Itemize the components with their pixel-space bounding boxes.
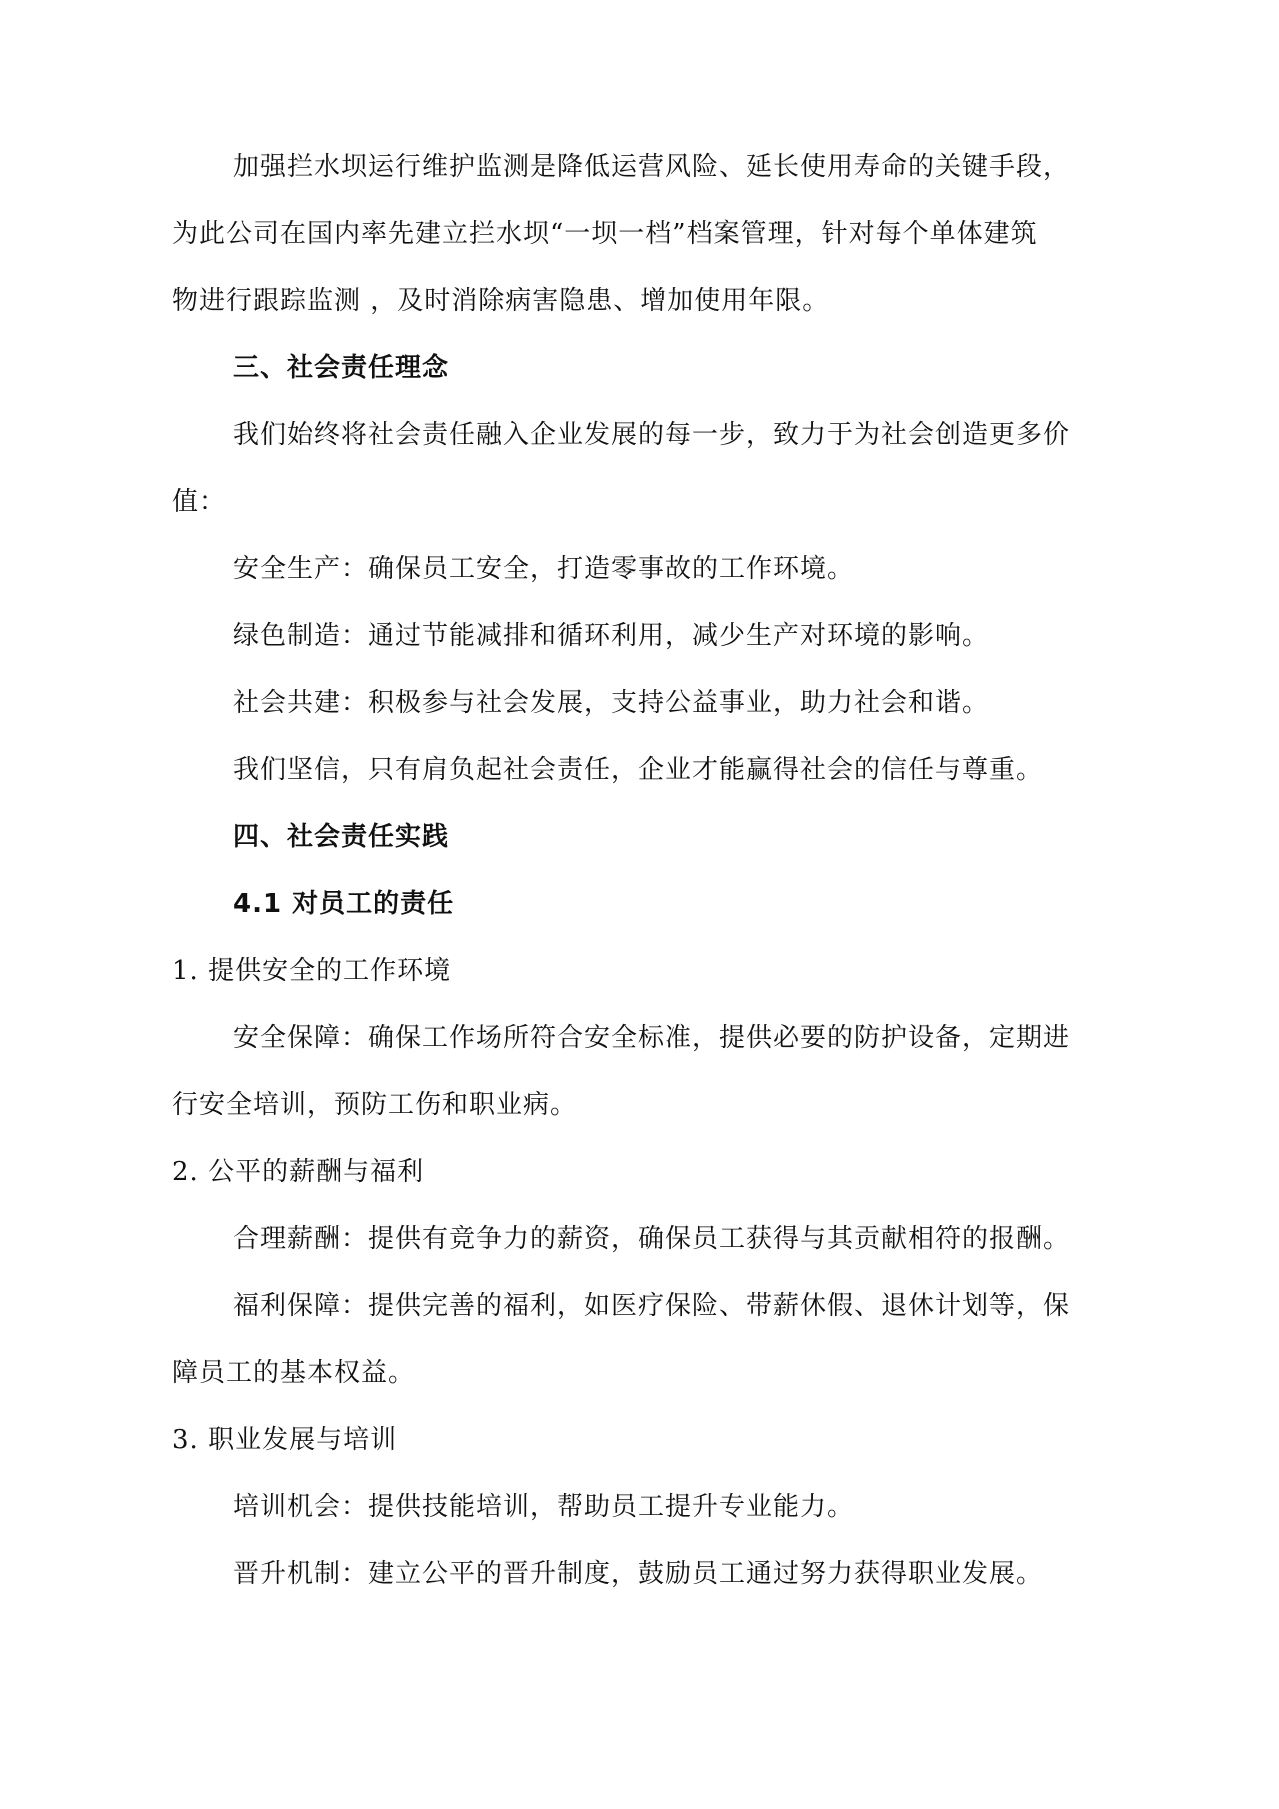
paragraph-line: 合理薪酬：提供有竞争力的薪资，确保员工获得与其贡献相符的报酬。: [233, 1222, 1070, 1256]
paragraph-line: 为此公司在国内率先建立拦水坝“一坝一档”档案管理，针对每个单体建筑: [172, 217, 1038, 251]
paragraph-line: 安全保障：确保工作场所符合安全标准，提供必要的防护设备，定期进: [233, 1021, 1070, 1055]
paragraph-line: 安全生产：确保员工安全，打造零事故的工作环境。: [233, 552, 854, 586]
paragraph-line: 福利保障：提供完善的福利，如医疗保险、带薪休假、退休计划等，保: [233, 1289, 1070, 1323]
paragraph-line: 培训机会：提供技能培训，帮助员工提升专业能力。: [233, 1490, 854, 1524]
paragraph-line: 2. 公平的薪酬与福利: [172, 1155, 424, 1189]
paragraph-line: 物进行跟踪监测 ，及时消除病害隐患、增加使用年限。: [172, 284, 829, 318]
paragraph-line: 我们始终将社会责任融入企业发展的每一步，致力于为社会创造更多价: [233, 418, 1070, 452]
paragraph-line: 行安全培训，预防工伤和职业病。: [172, 1088, 577, 1122]
paragraph-line: 1. 提供安全的工作环境: [172, 954, 451, 988]
paragraph-line: 障员工的基本权益。: [172, 1356, 415, 1390]
paragraph-line: 我们坚信，只有肩负起社会责任，企业才能赢得社会的信任与尊重。: [233, 753, 1043, 787]
section-heading: 三、社会责任理念: [233, 351, 449, 385]
section-heading: 4.1 对员工的责任: [233, 887, 454, 921]
section-heading: 四、社会责任实践: [233, 820, 449, 854]
paragraph-line: 晋升机制：建立公平的晋升制度，鼓励员工通过努力获得职业发展。: [233, 1557, 1043, 1591]
paragraph-line: 加强拦水坝运行维护监测是降低运营风险、延长使用寿命的关键手段，: [233, 150, 1070, 184]
paragraph-line: 社会共建：积极参与社会发展，支持公益事业，助力社会和谐。: [233, 686, 989, 720]
paragraph-line: 绿色制造：通过节能减排和循环利用，减少生产对环境的影响。: [233, 619, 989, 653]
paragraph-line: 3. 职业发展与培训: [172, 1423, 397, 1457]
paragraph-line: 值：: [172, 485, 226, 519]
